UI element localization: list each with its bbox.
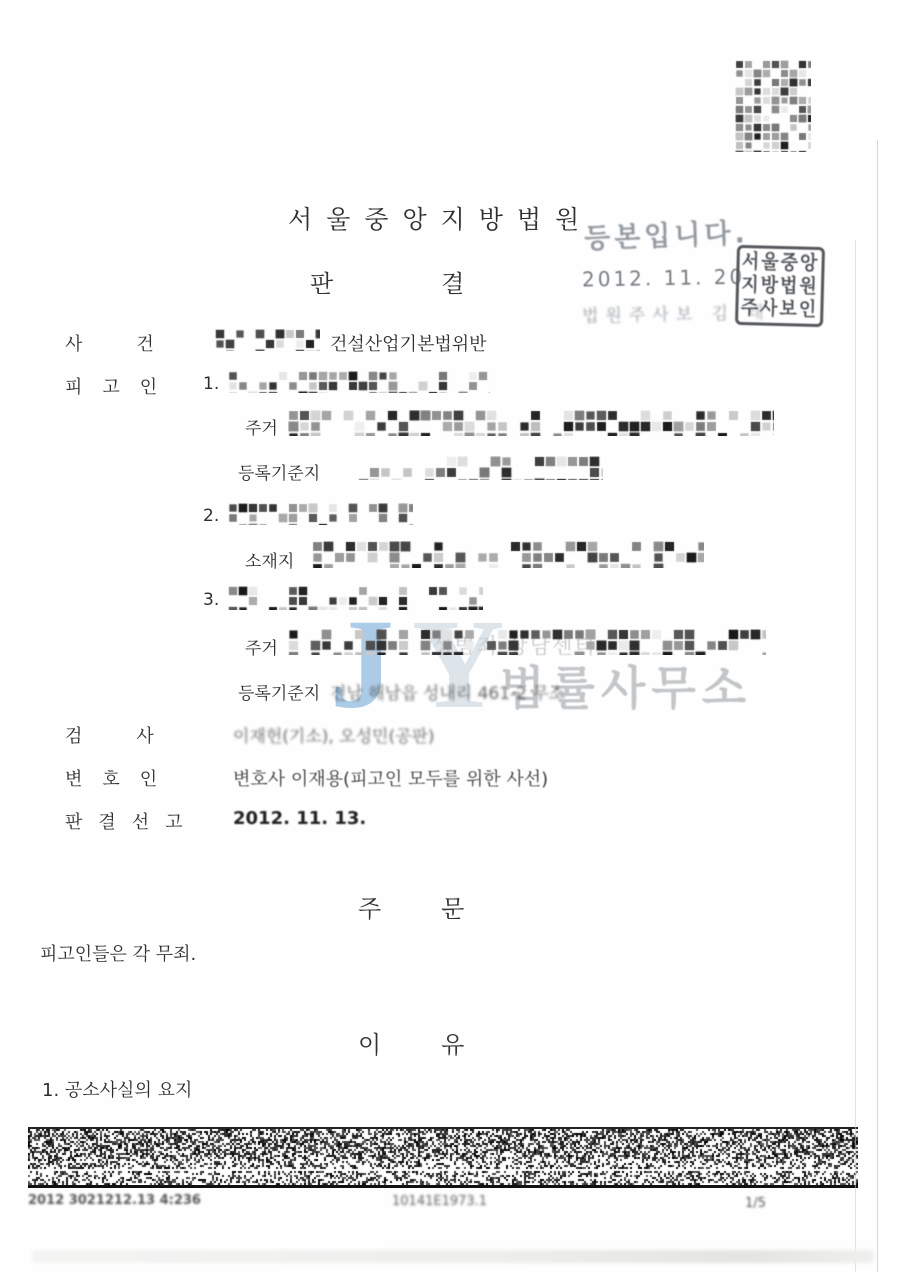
defendant-3-registered-base-label: 등록기준지: [238, 679, 320, 704]
defendant-3-registered-base-value: 전남 해남읍 성내리 461-2 무소: [330, 679, 565, 704]
sentencing-date-label: 판결선고: [65, 808, 199, 834]
redacted-defendant-3-name: [228, 586, 483, 610]
redacted-content-noise-block: [28, 1127, 858, 1188]
defendant-3-residence-label: 주거: [245, 634, 278, 659]
redacted-barcode-block: [735, 60, 811, 152]
footer-left-text: 2012 3021212.13 4:236: [28, 1193, 201, 1208]
defendant-1-registered-base-label: 등록기준지: [238, 459, 320, 484]
counsel-label: 변호인: [65, 765, 177, 791]
stamp-certified-copy-text: 등본입니다.: [583, 211, 749, 256]
defendant-3-number: 3.: [203, 590, 219, 610]
defendant-2-number: 2.: [203, 506, 219, 526]
footer-page-number: 1/5: [745, 1196, 766, 1211]
redacted-case-number: [215, 329, 320, 351]
seal-row-2: 지방법원: [741, 276, 819, 297]
redacted-defendant-2-location: [312, 541, 704, 568]
stamp-date: 2012. 11. 20.: [582, 264, 755, 291]
footer-center-text: 10141E1973.1: [392, 1194, 487, 1209]
watermark-letter-j: J: [330, 600, 394, 728]
redacted-defendant-3-residence: [288, 629, 766, 655]
defendant-2-location-label: 소재지: [245, 547, 294, 572]
case-offense: 건설산업기본법위반: [330, 330, 487, 356]
case-label: 사건: [65, 330, 208, 356]
scan-edge-line-inner: [855, 240, 856, 1272]
defendant-1-number: 1.: [203, 374, 219, 394]
prosecutor-label: 검사: [65, 722, 208, 748]
redacted-defendant-1-registered-base: [358, 456, 603, 480]
redacted-defendant-1-residence: [288, 410, 774, 436]
seal-row-3: 주사보인: [740, 299, 818, 320]
scanned-judgment-page: J Y 성범죄 상담센터 법률사무소 서울중앙지방법원 판결 등본입니다. 20…: [0, 0, 900, 1272]
reasons-heading: 이유: [358, 1025, 524, 1060]
redacted-defendant-1-name: [228, 371, 490, 393]
seal-row-1: 서울중앙: [742, 252, 820, 273]
court-seal: 서울중앙 지방법원 주사보인: [735, 245, 825, 327]
watermark-letter-y: Y: [412, 600, 504, 728]
scan-bottom-shadow-band: [32, 1250, 874, 1263]
sentencing-date-value: 2012. 11. 13.: [233, 808, 366, 829]
scan-edge-line-outer: [877, 140, 878, 1272]
document-title: 판결: [310, 264, 572, 299]
defendants-label: 피고인: [65, 373, 177, 399]
defendant-1-residence-label: 주거: [245, 414, 278, 439]
prosecutor-value: 이재헌(기소), 오성민(공판): [233, 722, 435, 747]
redacted-defendant-2-name: [228, 503, 413, 525]
reasons-section-1-title: 1. 공소사실의 요지: [42, 1076, 192, 1102]
disposition-text: 피고인들은 각 무죄.: [40, 940, 196, 966]
court-name: 서울중앙지방법원: [288, 200, 593, 236]
counsel-value: 변호사 이재용(피고인 모두를 위한 사선): [233, 765, 548, 791]
disposition-heading: 주문: [358, 889, 524, 924]
